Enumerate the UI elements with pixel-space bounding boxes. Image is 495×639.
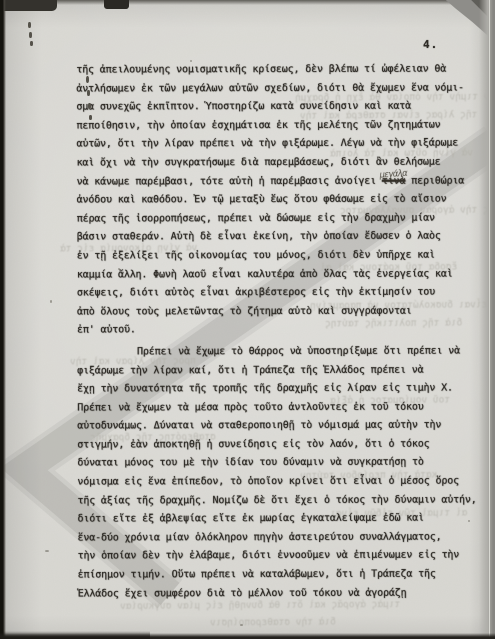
- staple-mark: [30, 41, 33, 46]
- typed-line: ἕνα-δύο χρόνια μίαν ὁλόκληρον πηγὴν ἀστε…: [78, 528, 490, 548]
- scan-edge-right: [479, 0, 495, 639]
- typed-line: ἀνόδου καὶ καθόδου. Ἐν τῷ μεταξὺ ἕως ὅτο…: [77, 191, 489, 211]
- typed-line: ἀντλήσωμεν ἐκ τῶν μεγάλων αὐτῶν σχεδίων,…: [76, 79, 488, 99]
- typed-line: Πρέπει νὰ ἔχωμεν τὰ μέσα πρὸς τοῦτο ἀντλ…: [77, 398, 489, 418]
- typed-line: διότι εἴτε ἐξ ἀβλεψίας εἴτε ἐκ μωρίας ἐγ…: [77, 510, 489, 530]
- binder-mark: [86, 76, 89, 83]
- scan-edge-corner-bottom-left: [0, 631, 150, 639]
- typed-line: πεποίθησιν, τὴν ὁποίαν ἐσχημάτισα ἐκ τῆς…: [76, 116, 488, 136]
- typed-line: ἐπίσημον τιμήν. Οὕτω πρέπει νὰ καταλάβωμ…: [78, 565, 490, 585]
- dust-speck: [240, 624, 243, 626]
- handwritten-correction: μεγάλα: [379, 164, 408, 185]
- dust-speck: [190, 60, 192, 62]
- typed-line: αὐτῶν, ὅτι τὴν λίραν πρέπει νὰ τὴν φιξάρ…: [76, 135, 488, 155]
- typed-line: νὰ κάνωμε παρέμβασι, τότε αὐτὴ ἡ παρέμβα…: [77, 172, 489, 192]
- typed-line: τῆς ἀπειλουμένης νομισματικῆς κρίσεως, δ…: [76, 60, 488, 80]
- bleedthrough-text: διὰ τὴν σταθεροποίησιν: [210, 617, 336, 629]
- typed-line: ἔχῃ τὴν δυνατότητα τῆς τροπῆς τῆς δραχμῆ…: [77, 380, 489, 400]
- dust-speck: [150, 505, 152, 507]
- scan-edge-top: [0, 0, 495, 5]
- typed-line: πέρας τῆς ἰσορροπήσεως, πρέπει νὰ δώσωμε…: [77, 209, 489, 229]
- typed-line: νόμισμα εἰς ἕνα ἐπίπεδον, τὸ ὁποῖον κρίν…: [77, 473, 489, 493]
- typed-line: καμμία ἄλλη. Φωνὴ λαοῦ εἶναι καλυτέρα ἀπ…: [77, 265, 489, 285]
- scan-edge-left: [0, 0, 6, 639]
- typed-line: ἀπὸ ὅλους τοὺς μελετῶντας τὸ ζήτημα αὐτὸ…: [77, 302, 489, 322]
- typed-line: Πρέπει νὰ ἔχωμε τὸ θάρρος νὰ ὑποστηρίξωμ…: [77, 342, 489, 362]
- dust-speck: [45, 550, 49, 552]
- typed-line: Ἑλλάδος ἔχει συμφέρον διὰ τὸ μέλλον τοῦ …: [78, 584, 490, 604]
- struck-word: τινὰμεγάλα: [382, 175, 406, 186]
- typed-line: ἐπ' αὐτοῦ.: [77, 321, 489, 341]
- typed-text: τῆς ἀπειλουμένης νομισματικῆς κρίσεως, δ…: [76, 60, 489, 603]
- page-number: 4.: [423, 38, 438, 51]
- typed-line: βάσιν σταθεράν. Αὐτὴ δὲ εἶναι ἐκείνη, τὴ…: [77, 228, 489, 248]
- typed-line: φιξάρωμε τὴν λίραν καί, ὅτι ἡ Τράπεζα τῆ…: [77, 361, 489, 381]
- typed-line: σκέψεις, διότι αὐτὸς εἶναι ἀκριβέστερος …: [77, 284, 489, 304]
- dust-speck: [468, 520, 470, 522]
- binder-mark: [88, 103, 91, 109]
- staple-mark: [28, 22, 31, 28]
- dust-speck: [380, 90, 382, 92]
- typed-line: τὴν ὁποίαν δὲν τὴν ἐλάβαμε, διότι ἐννοοῦ…: [78, 547, 490, 567]
- scan-edge-crack: [489, 0, 490, 639]
- typed-line: δύναται μόνος του μὲ τὴν ἰδίαν του δύναμ…: [77, 454, 489, 474]
- typed-line: στιγμήν, ἐὰν ἀποκτηθῇ ἡ συνείδησις εἰς τ…: [77, 435, 489, 455]
- dust-speck: [50, 300, 52, 303]
- scan-edge-blob: [104, 0, 129, 9]
- dust-speck: [118, 268, 120, 270]
- typed-line: σμα συνεχῶς ἐκπῖπτον. Ὑποστηρίζω κατὰ συ…: [76, 98, 488, 118]
- scan-edge-blob: [0, 0, 57, 11]
- binder-mark: [87, 90, 90, 96]
- typed-line: τῆς ἀξίας τῆς δραχμῆς. Νομίζω δὲ ὅτι ἔχε…: [77, 491, 489, 511]
- scanned-document-page: τὴν τιμὴν τὴν ὁποίαν θὰ ἔχῃ ἡ δραχμὴτῆς …: [0, 0, 495, 639]
- binder-mark: [89, 115, 92, 120]
- typed-line: ἐν τῇ ἐξελίξει τῆς οἰκονομίας του μόνος,…: [77, 246, 489, 266]
- staple-mark: [29, 32, 32, 38]
- typed-line: καὶ ὄχι νὰ τὴν συγκρατήσωμε διὰ παρεμβάσ…: [77, 153, 489, 173]
- typed-line: αὐτοδυνάμως. Δύναται νὰ σταθεροποιηθῇ τὸ…: [77, 417, 489, 437]
